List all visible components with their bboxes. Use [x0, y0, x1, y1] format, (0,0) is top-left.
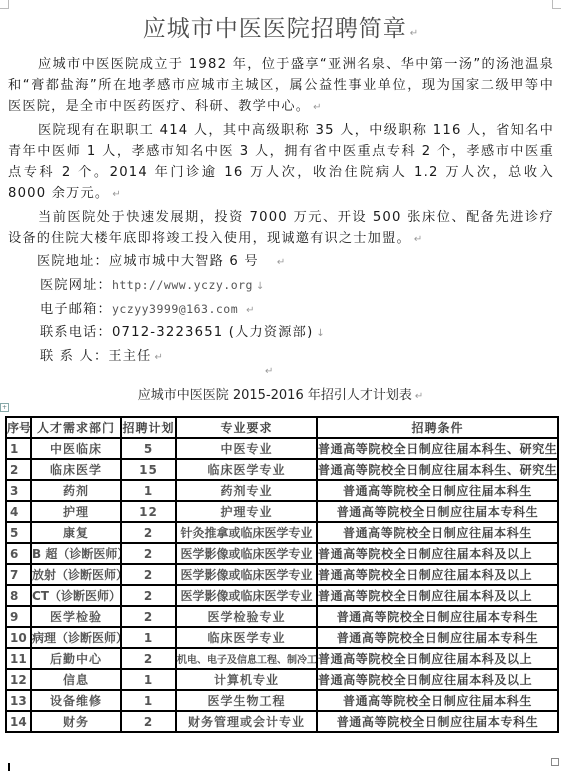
table-row: 8 CT（诊断医师） 2 医学影像或临床医学专业 普通高等院校全日制应往届本科及… [6, 585, 558, 606]
contact-person-value: 王主任 [108, 349, 151, 364]
table-row: 13 设备维修 1 医学生物工程 普通高等院校全日制应往届本科生 [6, 690, 558, 711]
cell-major: 医学影像或临床医学专业 [176, 564, 317, 585]
cell-dept: 护理 [31, 501, 121, 522]
cell-no: 9 [6, 606, 31, 627]
page-corner-mark [552, 0, 561, 9]
cell-major: 医学影像或临床医学专业 [176, 543, 317, 564]
paragraph-mark-icon: ↵ [415, 391, 423, 402]
table-row: 2 临床医学 15 临床医学专业 普通高等院校全日制应往届本科生、研究生 [6, 459, 558, 480]
cell-conditions: 普通高等院校全日制应往届本科生 [317, 690, 558, 711]
cell-major: 药剂专业 [176, 480, 317, 501]
cell-dept: 药剂 [31, 480, 121, 501]
cell-major: 计算机专业 [176, 669, 317, 690]
header-no: 序号 [6, 417, 31, 438]
cell-conditions: 普通高等院校全日制应往届本专科生 [317, 711, 558, 732]
cell-plan: 15 [121, 459, 176, 480]
cell-major: 中医专业 [176, 438, 317, 459]
cell-no: 5 [6, 522, 31, 543]
header-major: 专业要求 [176, 417, 317, 438]
cell-conditions: 普通高等院校全日制应往届本科生 [317, 480, 558, 501]
cell-no: 12 [6, 669, 31, 690]
cell-dept: 设备维修 [31, 690, 121, 711]
table-title: 应城市中医医院 2015-2016 年招引人才计划表↵ [0, 384, 561, 403]
cell-dept: 放射（诊断医师） [31, 564, 121, 585]
address-line: 医院地址：应城市城中大智路 6 号↵ [37, 251, 285, 274]
cell-conditions: 普通高等院校全日制应往届本科及以上 [317, 669, 558, 690]
line-break-icon: ↓ [316, 328, 324, 339]
table-row: 1 中医临床 5 中医专业 普通高等院校全日制应往届本科生、研究生 [6, 438, 558, 459]
cell-conditions: 普通高等院校全日制应往届本科生、研究生 [317, 438, 558, 459]
cell-no: 13 [6, 690, 31, 711]
table-resize-handle-icon[interactable] [551, 758, 559, 766]
cell-no: 6 [6, 543, 31, 564]
paragraph-mark-icon: ↵ [246, 305, 254, 316]
cell-conditions: 普通高等院校全日制应往届本科生 [317, 522, 558, 543]
cell-plan: 2 [121, 606, 176, 627]
cell-no: 1 [6, 438, 31, 459]
table-row: 9 医学检验 2 医学检验专业 普通高等院校全日制应往届本专科生 [6, 606, 558, 627]
cell-conditions: 普通高等院校全日制应往届本科及以上 [317, 585, 558, 606]
document-title: 应城市中医医院招聘简章↵ [0, 10, 561, 43]
paragraph-mark-icon: ↵ [414, 234, 422, 245]
cell-dept: 财务 [31, 711, 121, 732]
intro-paragraph: 应城市中医医院成立于 1982 年，位于盛享“亚洲名泉、华中第一汤”的汤池温泉和… [8, 54, 554, 118]
cell-major: 财务管理或会计专业 [176, 711, 317, 732]
cell-dept: 病理（诊断医师） [31, 627, 121, 648]
table-header-row: 序号 人才需求部门 招聘计划 专业要求 招聘条件 [6, 417, 558, 438]
table-row: 10 病理（诊断医师） 1 临床医学专业 普通高等院校全日制应往届本专科生 [6, 627, 558, 648]
table-row: 7 放射（诊断医师） 2 医学影像或临床医学专业 普通高等院校全日制应往届本科及… [6, 564, 558, 585]
cell-dept: CT（诊断医师） [31, 585, 121, 606]
cell-no: 7 [6, 564, 31, 585]
table-move-handle-icon[interactable]: + [0, 403, 9, 412]
cell-conditions: 普通高等院校全日制应往届本科及以上 [317, 543, 558, 564]
paragraph-mark-icon: ↵ [112, 189, 120, 200]
cell-plan: 2 [121, 564, 176, 585]
cell-major: 医学生物工程 [176, 690, 317, 711]
cell-plan: 1 [121, 669, 176, 690]
cell-no: 11 [6, 648, 31, 669]
cell-conditions: 普通高等院校全日制应往届本科生、研究生 [317, 459, 558, 480]
cell-plan: 5 [121, 438, 176, 459]
website-link[interactable]: http://www.yczy.org [112, 278, 253, 292]
table-row: 14 财务 2 财务管理或会计专业 普通高等院校全日制应往届本专科生 [6, 711, 558, 732]
text-cursor [8, 763, 10, 771]
cell-major: 针灸推拿或临床医学专业 [176, 522, 317, 543]
cell-major: 医学检验专业 [176, 606, 317, 627]
cell-plan: 1 [121, 627, 176, 648]
cell-no: 4 [6, 501, 31, 522]
cell-no: 3 [6, 480, 31, 501]
page-corner-mark [0, 0, 9, 9]
cell-plan: 2 [121, 648, 176, 669]
cell-plan: 2 [121, 522, 176, 543]
paragraph-mark-icon: ↵ [265, 366, 273, 377]
cell-major: 临床医学专业 [176, 459, 317, 480]
phone-line: 联系电话：0712-3223651 (人力资源部)↓ [40, 322, 325, 345]
cell-dept: 康复 [31, 522, 121, 543]
cell-major: 医学影像或临床医学专业 [176, 585, 317, 606]
phone-value: 0712-3223651 (人力资源部) [112, 325, 313, 340]
cell-no: 8 [6, 585, 31, 606]
table-row: 3 药剂 1 药剂专业 普通高等院校全日制应往届本科生 [6, 480, 558, 501]
recruitment-plan-table: 序号 人才需求部门 招聘计划 专业要求 招聘条件 1 中医临床 5 中医专业 普… [5, 416, 559, 733]
contact-person-line: 联 系 人：王主任↵ [40, 346, 163, 369]
cell-major: 机电、电子及信息工程、制冷工程 [176, 648, 317, 669]
paragraph-mark-icon: ↵ [313, 102, 321, 113]
paragraph-mark-icon: ↵ [155, 352, 163, 363]
cell-dept: 中医临床 [31, 438, 121, 459]
cell-plan: 12 [121, 501, 176, 522]
cell-major: 临床医学专业 [176, 627, 317, 648]
paragraph-mark-icon: ↵ [410, 28, 418, 39]
address-value: 应城市城中大智路 6 号 [109, 254, 259, 269]
cell-conditions: 普通高等院校全日制应往届本专科生 [317, 627, 558, 648]
cell-dept: 后勤中心 [31, 648, 121, 669]
cell-no: 10 [6, 627, 31, 648]
cell-plan: 1 [121, 480, 176, 501]
cell-dept: 临床医学 [31, 459, 121, 480]
table-row: 6 B 超（诊断医师） 2 医学影像或临床医学专业 普通高等院校全日制应往届本科… [6, 543, 558, 564]
cell-major: 护理专业 [176, 501, 317, 522]
cell-conditions: 普通高等院校全日制应往届本专科生 [317, 606, 558, 627]
cell-no: 14 [6, 711, 31, 732]
cell-plan: 2 [121, 711, 176, 732]
cell-conditions: 普通高等院校全日制应往届本专科生 [317, 501, 558, 522]
table-row: 5 康复 2 针灸推拿或临床医学专业 普通高等院校全日制应往届本科生 [6, 522, 558, 543]
cell-dept: 信息 [31, 669, 121, 690]
cell-no: 2 [6, 459, 31, 480]
cell-plan: 1 [121, 690, 176, 711]
website-line: 医院网址：http://www.yczy.org↓ [40, 274, 264, 298]
cell-conditions: 普通高等院校全日制应往届本科及以上 [317, 564, 558, 585]
paragraph-mark-icon: ↵ [277, 257, 285, 268]
table-row: 11 后勤中心 2 机电、电子及信息工程、制冷工程 普通高等院校全日制应往届本科… [6, 648, 558, 669]
staff-paragraph: 医院现有在职职工 414 人，其中高级职称 35 人，中级职称 116 人，省知… [8, 120, 554, 205]
cell-dept: B 超（诊断医师） [31, 543, 121, 564]
email-link[interactable]: yczyy3999@163.com [112, 302, 238, 316]
email-line: 电子邮箱：yczyy3999@163.com↵ [40, 298, 255, 322]
line-break-icon: ↓ [256, 281, 264, 292]
cell-plan: 2 [121, 543, 176, 564]
table-row: 12 信息 1 计算机专业 普通高等院校全日制应往届本科及以上 [6, 669, 558, 690]
header-dept: 人才需求部门 [31, 417, 121, 438]
header-conditions: 招聘条件 [317, 417, 558, 438]
cell-plan: 2 [121, 585, 176, 606]
development-paragraph: 当前医院处于快速发展期，投资 7000 万元、开设 500 张床位、配备先进诊疗… [8, 207, 554, 250]
table-row: 4 护理 12 护理专业 普通高等院校全日制应往届本专科生 [6, 501, 558, 522]
header-plan: 招聘计划 [121, 417, 176, 438]
cell-dept: 医学检验 [31, 606, 121, 627]
cell-conditions: 普通高等院校全日制应往届本科及以上 [317, 648, 558, 669]
